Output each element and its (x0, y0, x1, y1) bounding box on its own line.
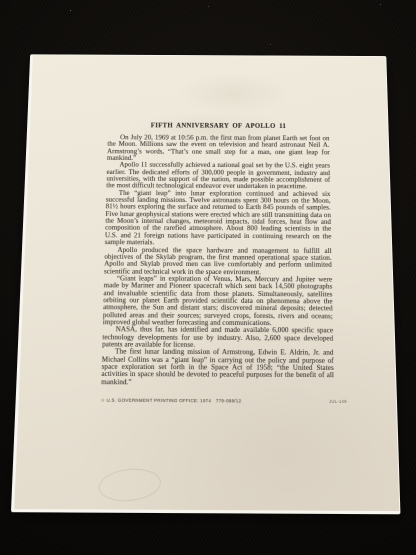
document-body: On July 20, 1969 at 10:56 p.m. the first… (101, 135, 334, 388)
photo-backdrop: FIFTH ANNIVERSARY OF APOLLO 11 On July 2… (0, 0, 416, 555)
document-paragraph: Apollo 11 successfully achieved a nation… (106, 162, 330, 191)
printing-office-note: ☆ U.S. GOVERNMENT PRINTING OFFICE: 1974 … (101, 398, 242, 405)
stain-mark (97, 466, 162, 504)
document-paragraph: On July 20, 1969 at 10:56 p.m. the first… (107, 135, 330, 164)
dust-specks (70, 10, 71, 11)
print-code-note: JUL-149 (329, 399, 347, 404)
document-paragraph: Apollo produced the space hardware and m… (104, 247, 332, 277)
document-paragraph: NASA, thus far, has identified and made … (102, 326, 333, 349)
paper-sheet: FIFTH ANNIVERSARY OF APOLLO 11 On July 2… (14, 55, 399, 511)
document-paragraph: “Giant leaps” in exploration of Venus, M… (103, 275, 333, 327)
document-footer: ☆ U.S. GOVERNMENT PRINTING OFFICE: 1974 … (101, 398, 347, 406)
document-paragraph: The first lunar landing mission of Armst… (101, 349, 334, 388)
document-paragraph: The “giant leap” into lunar exploration … (105, 190, 332, 248)
paper-sheet-wrapper: FIFTH ANNIVERSARY OF APOLLO 11 On July 2… (14, 55, 399, 511)
document-content: FIFTH ANNIVERSARY OF APOLLO 11 On July 2… (101, 56, 335, 405)
document-title: FIFTH ANNIVERSARY OF APOLLO 11 (108, 122, 330, 130)
